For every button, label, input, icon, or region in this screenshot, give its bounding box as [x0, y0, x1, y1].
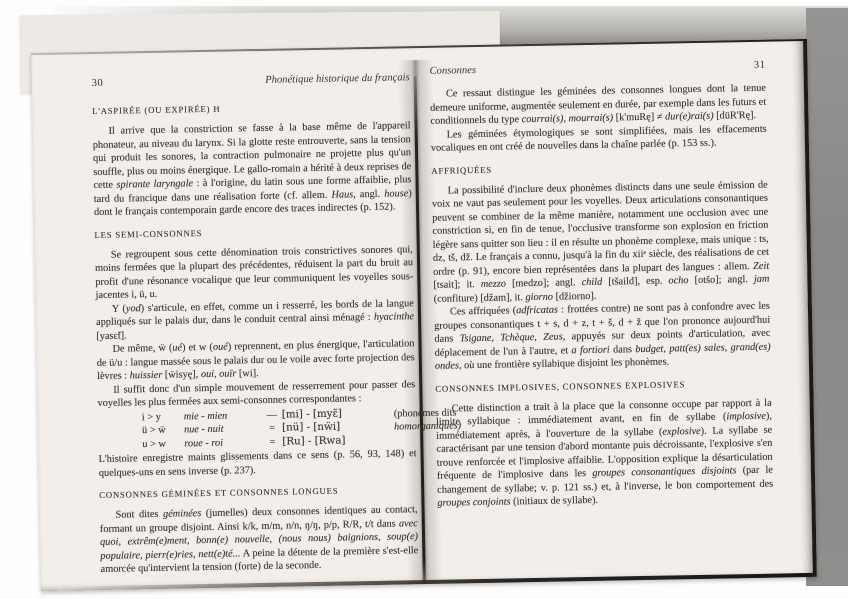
text: Cette distinction a trait à la place que…: [436, 397, 772, 428]
page-right-body: Ce ressaut distingue les géminées des co…: [430, 82, 774, 511]
paragraph: Se regroupent sous cette dénomination tr…: [95, 243, 414, 303]
book-scan: 30 Phonétique historique du français L'A…: [0, 0, 848, 599]
text: Sont dites: [116, 509, 164, 521]
text: [medzo]; angl.: [506, 277, 582, 289]
section-heading: AFFRIQUÉES: [431, 159, 767, 176]
text: [tsait]; it.: [433, 279, 481, 291]
eq-shift: u > w: [142, 437, 184, 451]
text: L'histoire enregistre maints glissements…: [98, 448, 416, 478]
italic-text: adfricatas: [516, 305, 558, 317]
italic-text: spirante laryngale: [116, 178, 193, 190]
text: Y (: [112, 303, 126, 314]
italic-text: groupes conjoints: [437, 496, 510, 508]
italic-text: mezzo: [481, 278, 506, 289]
italic-text: Tsigane, Tchèque, Zeus: [460, 331, 563, 344]
paragraph: L'histoire enregistre maints glissements…: [98, 447, 416, 480]
eq-words: mie - mien: [184, 408, 262, 423]
italic-text: oué: [213, 342, 228, 353]
text: (initiaux de syllabe).: [510, 495, 598, 508]
eq-sep: —: [262, 408, 282, 422]
running-title-left: Phonétique historique du français: [265, 72, 410, 86]
page-number-left: 30: [92, 78, 104, 89]
section-heading: CONSONNES GÉMINÉES ET CONSONNES LONGUES: [99, 484, 417, 501]
italic-text: yod: [126, 303, 141, 314]
italic-text: oui, ouïr: [201, 368, 237, 380]
eq-shift: ü > ẅ: [142, 424, 184, 438]
italic-text: Zeit: [753, 260, 769, 271]
italic-text: géminées: [163, 508, 202, 520]
paragraph: Ces affriquées (adfricatas : frottées co…: [434, 300, 771, 374]
page-right: Consonnes 31 Ce ressaut distingue les gé…: [429, 60, 773, 511]
text: Ces affriquées (: [450, 305, 516, 317]
paragraph: Cette distinction a trait à la place que…: [436, 396, 774, 510]
italic-text: Haus: [331, 189, 353, 200]
page-left: 30 Phonétique historique du français L'A…: [92, 72, 419, 577]
eq-words: roue - roi: [184, 436, 262, 451]
text: , angl.: [353, 188, 384, 200]
text: [ẅisyę],: [162, 369, 201, 381]
italic-text: groupes consonantiques disjoints: [592, 465, 736, 479]
paragraph: Les géminées étymologiques se sont simpl…: [431, 122, 767, 155]
correspondence-table: i > ymie - mien—[mi] - [myɛ̃]ü > ẅnue - …: [142, 406, 417, 452]
text: ) et w (: [182, 342, 213, 354]
text: [tšaild], esp.: [602, 276, 668, 288]
italic-text: hyacinthe: [374, 311, 414, 323]
italic-text: child: [582, 277, 603, 288]
text: [otšo]; angl.: [688, 274, 754, 286]
text: La possibilité d'inclure deux phonèmes d…: [432, 179, 769, 277]
italic-text: courrai(s), mourrai(s): [522, 113, 614, 126]
running-head-right: Consonnes 31: [429, 60, 765, 77]
paragraph: De même, ẅ (ué) et w (oué) reprennent, e…: [96, 337, 415, 383]
text: [yasɛ̃t].: [96, 330, 127, 342]
text: (confiture) [džam], it.: [434, 292, 526, 305]
text: [džiorno].: [553, 290, 597, 302]
italic-text: dur(e)rai(s): [665, 111, 714, 123]
eq-sep: =: [262, 435, 282, 449]
eq-ipa: [Ru] - [Rwa]: [282, 433, 386, 448]
italic-text: implosive: [726, 411, 766, 423]
section-heading: LES SEMI-CONSONNES: [94, 224, 412, 241]
eq-words: nue - nuit: [184, 422, 262, 437]
italic-text: ocho: [668, 275, 688, 286]
text: ) s'articule, en effet, comme un i resse…: [96, 298, 414, 328]
page-number-right: 31: [754, 60, 766, 71]
italic-text: huissier: [130, 370, 163, 382]
text: dans: [610, 344, 636, 355]
italic-text: jam: [754, 274, 770, 285]
paragraph: Il arrive que la constriction se fasse à…: [92, 119, 412, 219]
text: [wi].: [236, 368, 259, 379]
text: Il suffit donc d'un simple mouvement de …: [97, 379, 415, 409]
text: De même, ẅ (: [112, 343, 172, 355]
paragraph: La possibilité d'inclure deux phonèmes d…: [432, 178, 770, 306]
paragraph: Y (yod) s'articule, en effet, comme un i…: [96, 297, 415, 343]
paragraph: Ce ressaut distingue les géminées des co…: [430, 82, 767, 129]
text: Les géminées étymologiques se sont simpl…: [431, 123, 767, 154]
italic-text: a fortiori: [571, 344, 609, 356]
italic-text: explosive: [662, 425, 701, 437]
text: [k'muRę] ≠: [613, 112, 665, 124]
section-heading: CONSONNES IMPLOSIVES, CONSONNES EXPLOSIV…: [435, 377, 771, 394]
text: [düR'Rę].: [714, 110, 757, 122]
eq-sep: =: [262, 422, 282, 436]
section-heading: L'ASPIRÉE (OU EXPIRÉE) H: [92, 100, 410, 117]
italic-text: giorno: [525, 291, 553, 303]
book-spread: 30 Phonétique historique du français L'A…: [31, 39, 817, 591]
text: Se regroupent sous cette dénomination tr…: [95, 244, 413, 301]
running-head-left: 30 Phonétique historique du français: [92, 72, 410, 89]
italic-text: house: [384, 188, 408, 199]
equation-rows: i > ymie - mien—[mi] - [myɛ̃]ü > ẅnue - …: [142, 406, 387, 451]
paragraph: Sont dites géminées (jumelles) deux cons…: [100, 503, 419, 576]
page-left-body: L'ASPIRÉE (OU EXPIRÉE) HIl arrive que la…: [92, 100, 419, 577]
text: , où une frontière syllabique disjoint l…: [459, 357, 669, 372]
eq-shift: i > y: [142, 410, 184, 424]
running-title-right: Consonnes: [429, 65, 476, 77]
